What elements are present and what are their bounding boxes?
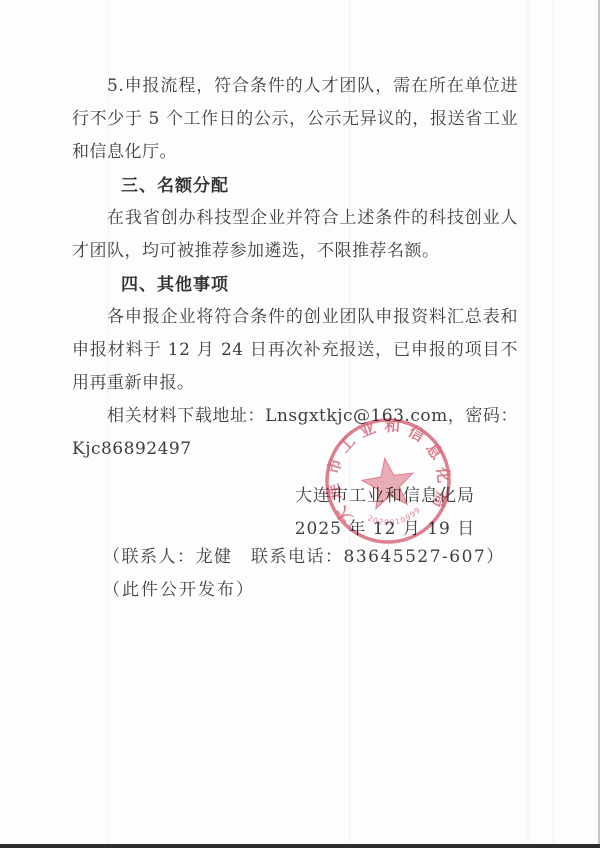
public-release-note: （此件公开发布） — [103, 574, 255, 607]
document-body: 5.申报流程，符合条件的人才团队，需在所在单位进行不少于 5 个工作日的公示，公… — [72, 70, 518, 466]
paragraph-application-process: 5.申报流程，符合条件的人才团队，需在所在单位进行不少于 5 个工作日的公示，公… — [72, 70, 518, 169]
paragraph-quota-allocation: 在我省创办科技型企业并符合上述条件的科技创业人才团队，均可被推荐参加遴选，不限推… — [72, 202, 518, 268]
heading-other-matters: 四、其他事项 — [72, 268, 518, 301]
scan-page-bottom-edge — [0, 844, 600, 848]
contact-info: （联系人：龙健 联系电话：83645527-607） — [103, 541, 505, 574]
scan-artifact-line — [552, 0, 554, 848]
heading-quota-allocation: 三、名额分配 — [72, 169, 518, 202]
scanned-document-page: 5.申报流程，符合条件的人才团队，需在所在单位进行不少于 5 个工作日的公示，公… — [0, 0, 600, 848]
paragraph-other-matters: 各申报企业将符合条件的创业团队申报资料汇总表和申报材料于 12 月 24 日再次… — [72, 301, 518, 400]
official-seal-stamp: 大连市工业和信息化局 2020010999 — [309, 402, 467, 560]
seal-code-text: 2020010999 — [365, 505, 424, 531]
seal-star-icon — [359, 455, 417, 510]
scan-artifact-line — [527, 0, 529, 848]
